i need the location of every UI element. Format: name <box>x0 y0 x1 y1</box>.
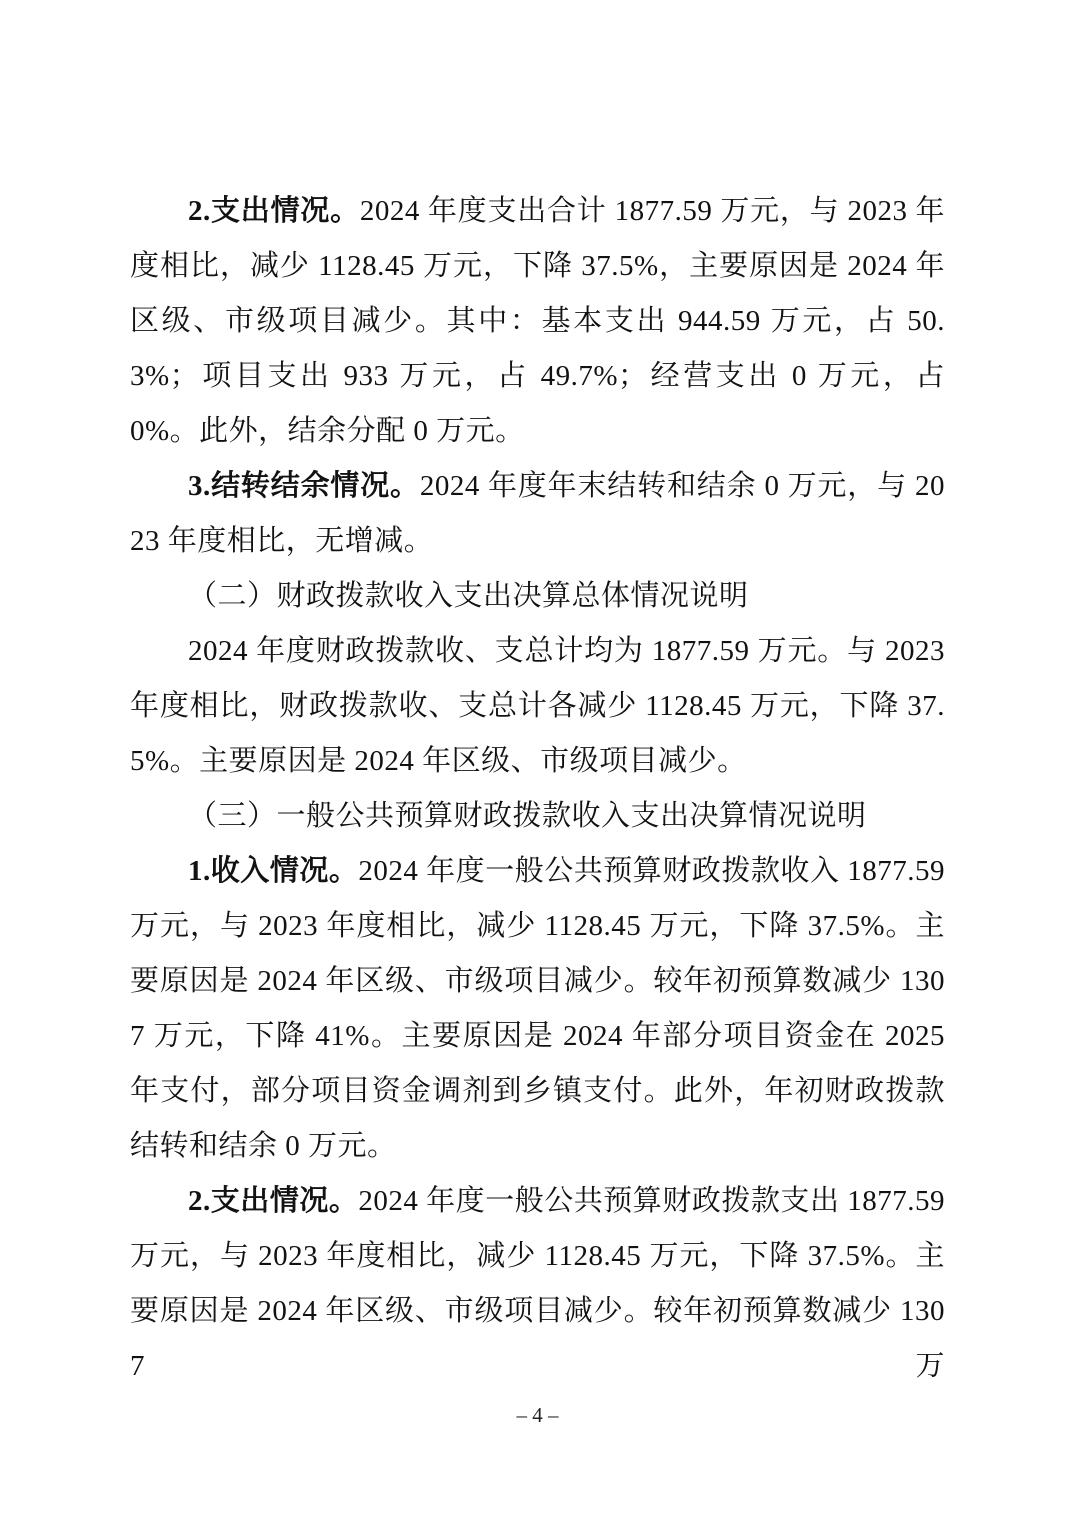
paragraph-text: 2024 年度支出合计 1877.59 万元，与 2023 年度相比，减少 11… <box>130 195 945 447</box>
paragraph-fiscal-appropriation-total: 2024 年度财政拨款收、支总计均为 1877.59 万元。与 2023 年度相… <box>130 624 945 789</box>
paragraph-text: 2024 年度一般公共预算财政拨款收入 1877.59 万元，与 2023 年度… <box>130 855 945 1162</box>
heading-text: （二）财政拨款收入支出决算总体情况说明 <box>188 580 749 612</box>
paragraph-expenditure-overview: 2.支出情况。2024 年度支出合计 1877.59 万元，与 2023 年度相… <box>130 184 945 459</box>
document-body: 2.支出情况。2024 年度支出合计 1877.59 万元，与 2023 年度相… <box>130 184 945 1394</box>
paragraph-lead-label: 2.支出情况。 <box>188 195 360 227</box>
paragraph-carryover-balance: 3.结转结余情况。2024 年度年末结转和结余 0 万元，与 2023 年度相比… <box>130 459 945 569</box>
document-page: 2.支出情况。2024 年度支出合计 1877.59 万元，与 2023 年度相… <box>0 0 1075 1520</box>
paragraph-income-situation: 1.收入情况。2024 年度一般公共预算财政拨款收入 1877.59 万元，与 … <box>130 844 945 1174</box>
paragraph-lead-label: 2.支出情况。 <box>188 1185 358 1217</box>
heading-section-three: （三）一般公共预算财政拨款收入支出决算情况说明 <box>130 789 945 844</box>
page-number: – 4 – <box>0 1400 1075 1430</box>
paragraph-lead-label: 3.结转结余情况。 <box>188 470 420 502</box>
heading-section-two: （二）财政拨款收入支出决算总体情况说明 <box>130 569 945 624</box>
heading-text: （三）一般公共预算财政拨款收入支出决算情况说明 <box>188 800 867 832</box>
paragraph-lead-label: 1.收入情况。 <box>188 855 358 887</box>
paragraph-text: 2024 年度财政拨款收、支总计均为 1877.59 万元。与 2023 年度相… <box>130 635 945 777</box>
paragraph-expenditure-situation: 2.支出情况。2024 年度一般公共预算财政拨款支出 1877.59 万元，与 … <box>130 1174 945 1394</box>
